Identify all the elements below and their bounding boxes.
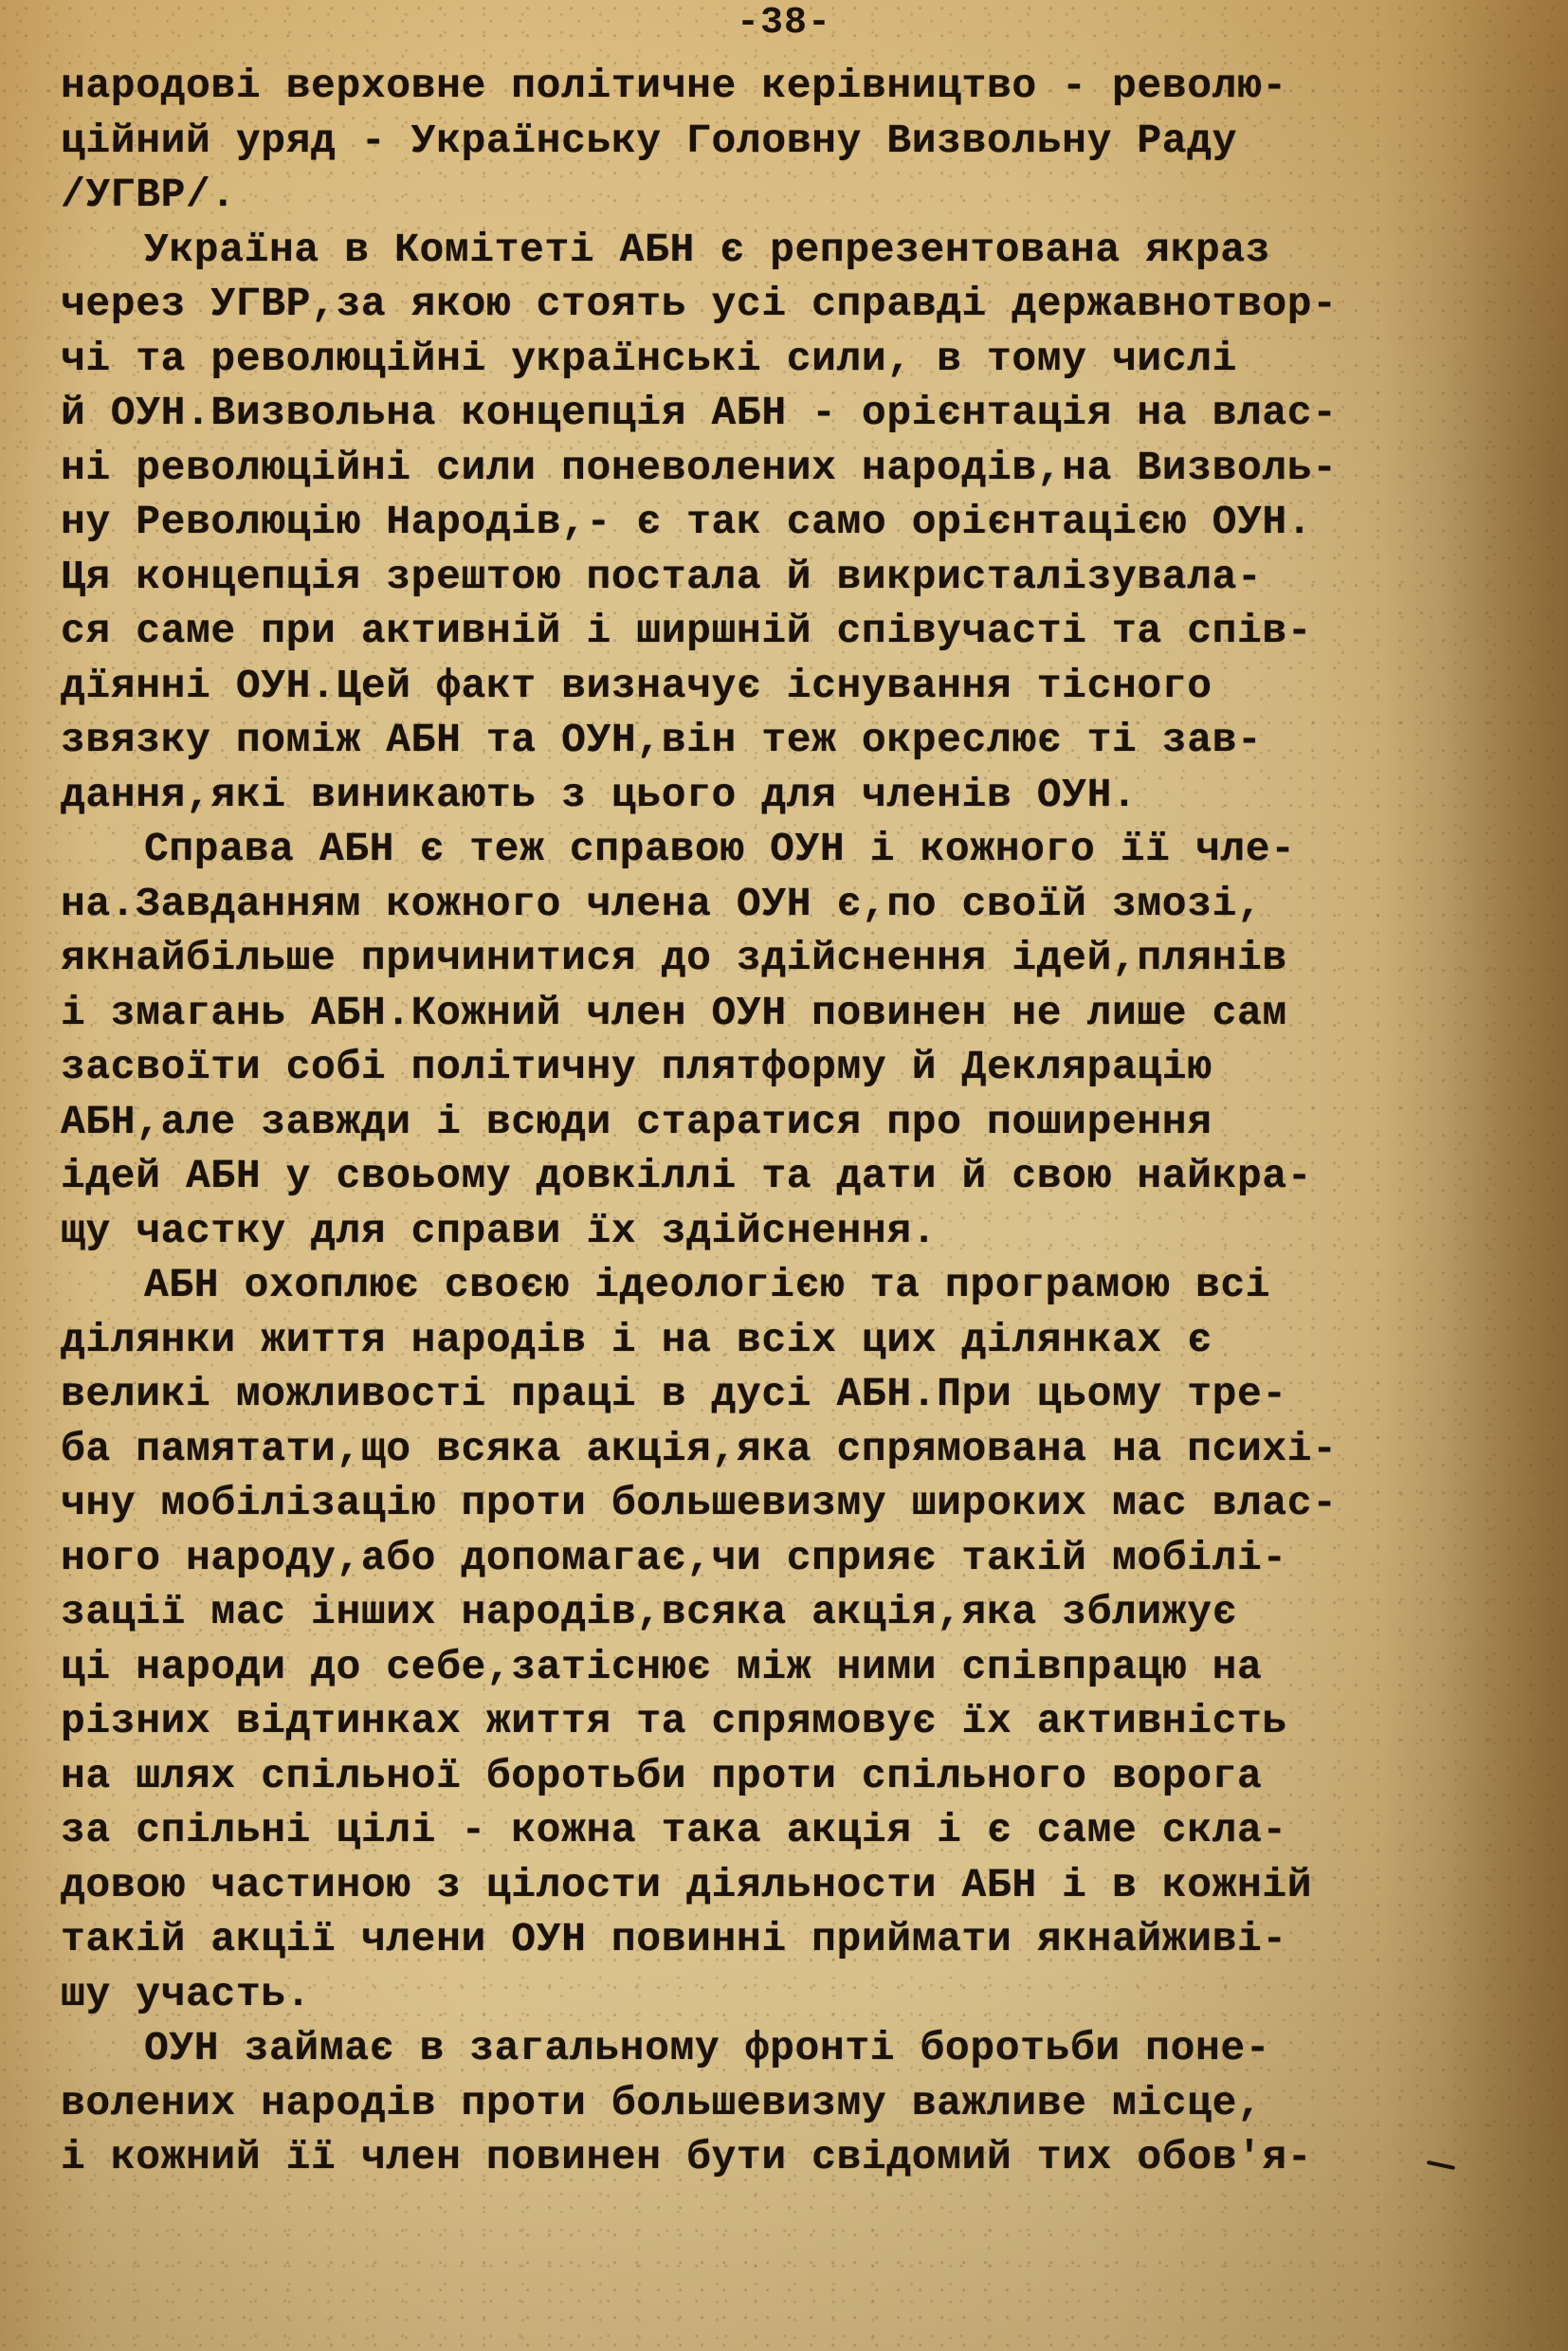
text-line: ОУН займає в загальному фронті боротьби … [61, 2021, 1540, 2076]
text-line: за спільні цілі - кожна така акція і є с… [61, 1803, 1540, 1858]
page-number: -38- [0, 2, 1568, 45]
text-line: чі та революційні українські сили, в том… [61, 332, 1540, 387]
text-line: Ця концепція зрештою постала й викристал… [61, 550, 1540, 605]
text-line: ідей АБН у своьому довкіллі та дати й св… [61, 1149, 1540, 1204]
text-line: й ОУН.Визвольна концепція АБН - орієнтац… [61, 386, 1540, 441]
text-line: АБН охоплює своєю ідеологією та програмо… [61, 1258, 1540, 1313]
text-line: Україна в Комітеті АБН є репрезентована … [61, 223, 1540, 278]
text-line: Справа АБН є теж справою ОУН і кожного ї… [61, 822, 1540, 877]
text-line: ну Революцію Народів,- є так само орієнт… [61, 495, 1540, 550]
text-line: дання,які виникають з цього для членів О… [61, 768, 1540, 823]
text-line: щу частку для справи їх здійснення. [61, 1204, 1540, 1259]
text-line: волених народів проти большевизму важлив… [61, 2076, 1540, 2131]
text-line: такій акції члени ОУН повинні приймати я… [61, 1912, 1540, 1967]
text-line: ційний уряд - Українську Головну Визволь… [61, 114, 1540, 169]
text-line: довою частиною з цілости діяльности АБН … [61, 1858, 1540, 1913]
text-line: через УГВР,за якою стоять усі справді де… [61, 277, 1540, 332]
text-line: на.Завданням кожного члена ОУН є,по свої… [61, 877, 1540, 932]
text-line: і змагань АБН.Кожний член ОУН повинен не… [61, 986, 1540, 1041]
text-line: на шлях спільної боротьби проти спільног… [61, 1749, 1540, 1804]
text-line: ці народи до себе,затіснює між ними спів… [61, 1640, 1540, 1695]
text-line: дїянні ОУН.Цей факт визначує існування т… [61, 659, 1540, 714]
typewritten-body: народові верховне політичне керівництво … [61, 59, 1540, 2185]
text-line: /УГВР/. [61, 168, 1540, 223]
text-line: великі можливості праці в дусі АБН.При ц… [61, 1367, 1540, 1422]
text-line: зації мас інших народів,всяка акція,яка … [61, 1585, 1540, 1640]
text-line: чну мобілізацію проти большевизму широки… [61, 1476, 1540, 1531]
text-line: засвоїти собі політичну плятформу й Декл… [61, 1040, 1540, 1095]
text-line: якнайбільше причинитися до здійснення ід… [61, 931, 1540, 986]
text-line: народові верховне політичне керівництво … [61, 59, 1540, 114]
text-line: і кожний її член повинен бути свідомий т… [61, 2130, 1540, 2185]
text-line: АБН,але завжди і всюди старатися про пош… [61, 1095, 1540, 1150]
text-line: звязку поміж АБН та ОУН,він теж окреслює… [61, 713, 1540, 768]
text-line: ся саме при активній і ширшній співучаст… [61, 604, 1540, 659]
text-line: ба памятати,що всяка акція,яка спрямован… [61, 1422, 1540, 1477]
text-line: ділянки життя народів і на всіх цих діля… [61, 1313, 1540, 1368]
text-line: різних відтинках життя та спрямовує їх а… [61, 1694, 1540, 1749]
text-line: ного народу,або допомагає,чи сприяє такі… [61, 1531, 1540, 1586]
text-line: шу участь. [61, 1967, 1540, 2022]
text-line: ні революційні сили поневолених народів,… [61, 441, 1540, 496]
